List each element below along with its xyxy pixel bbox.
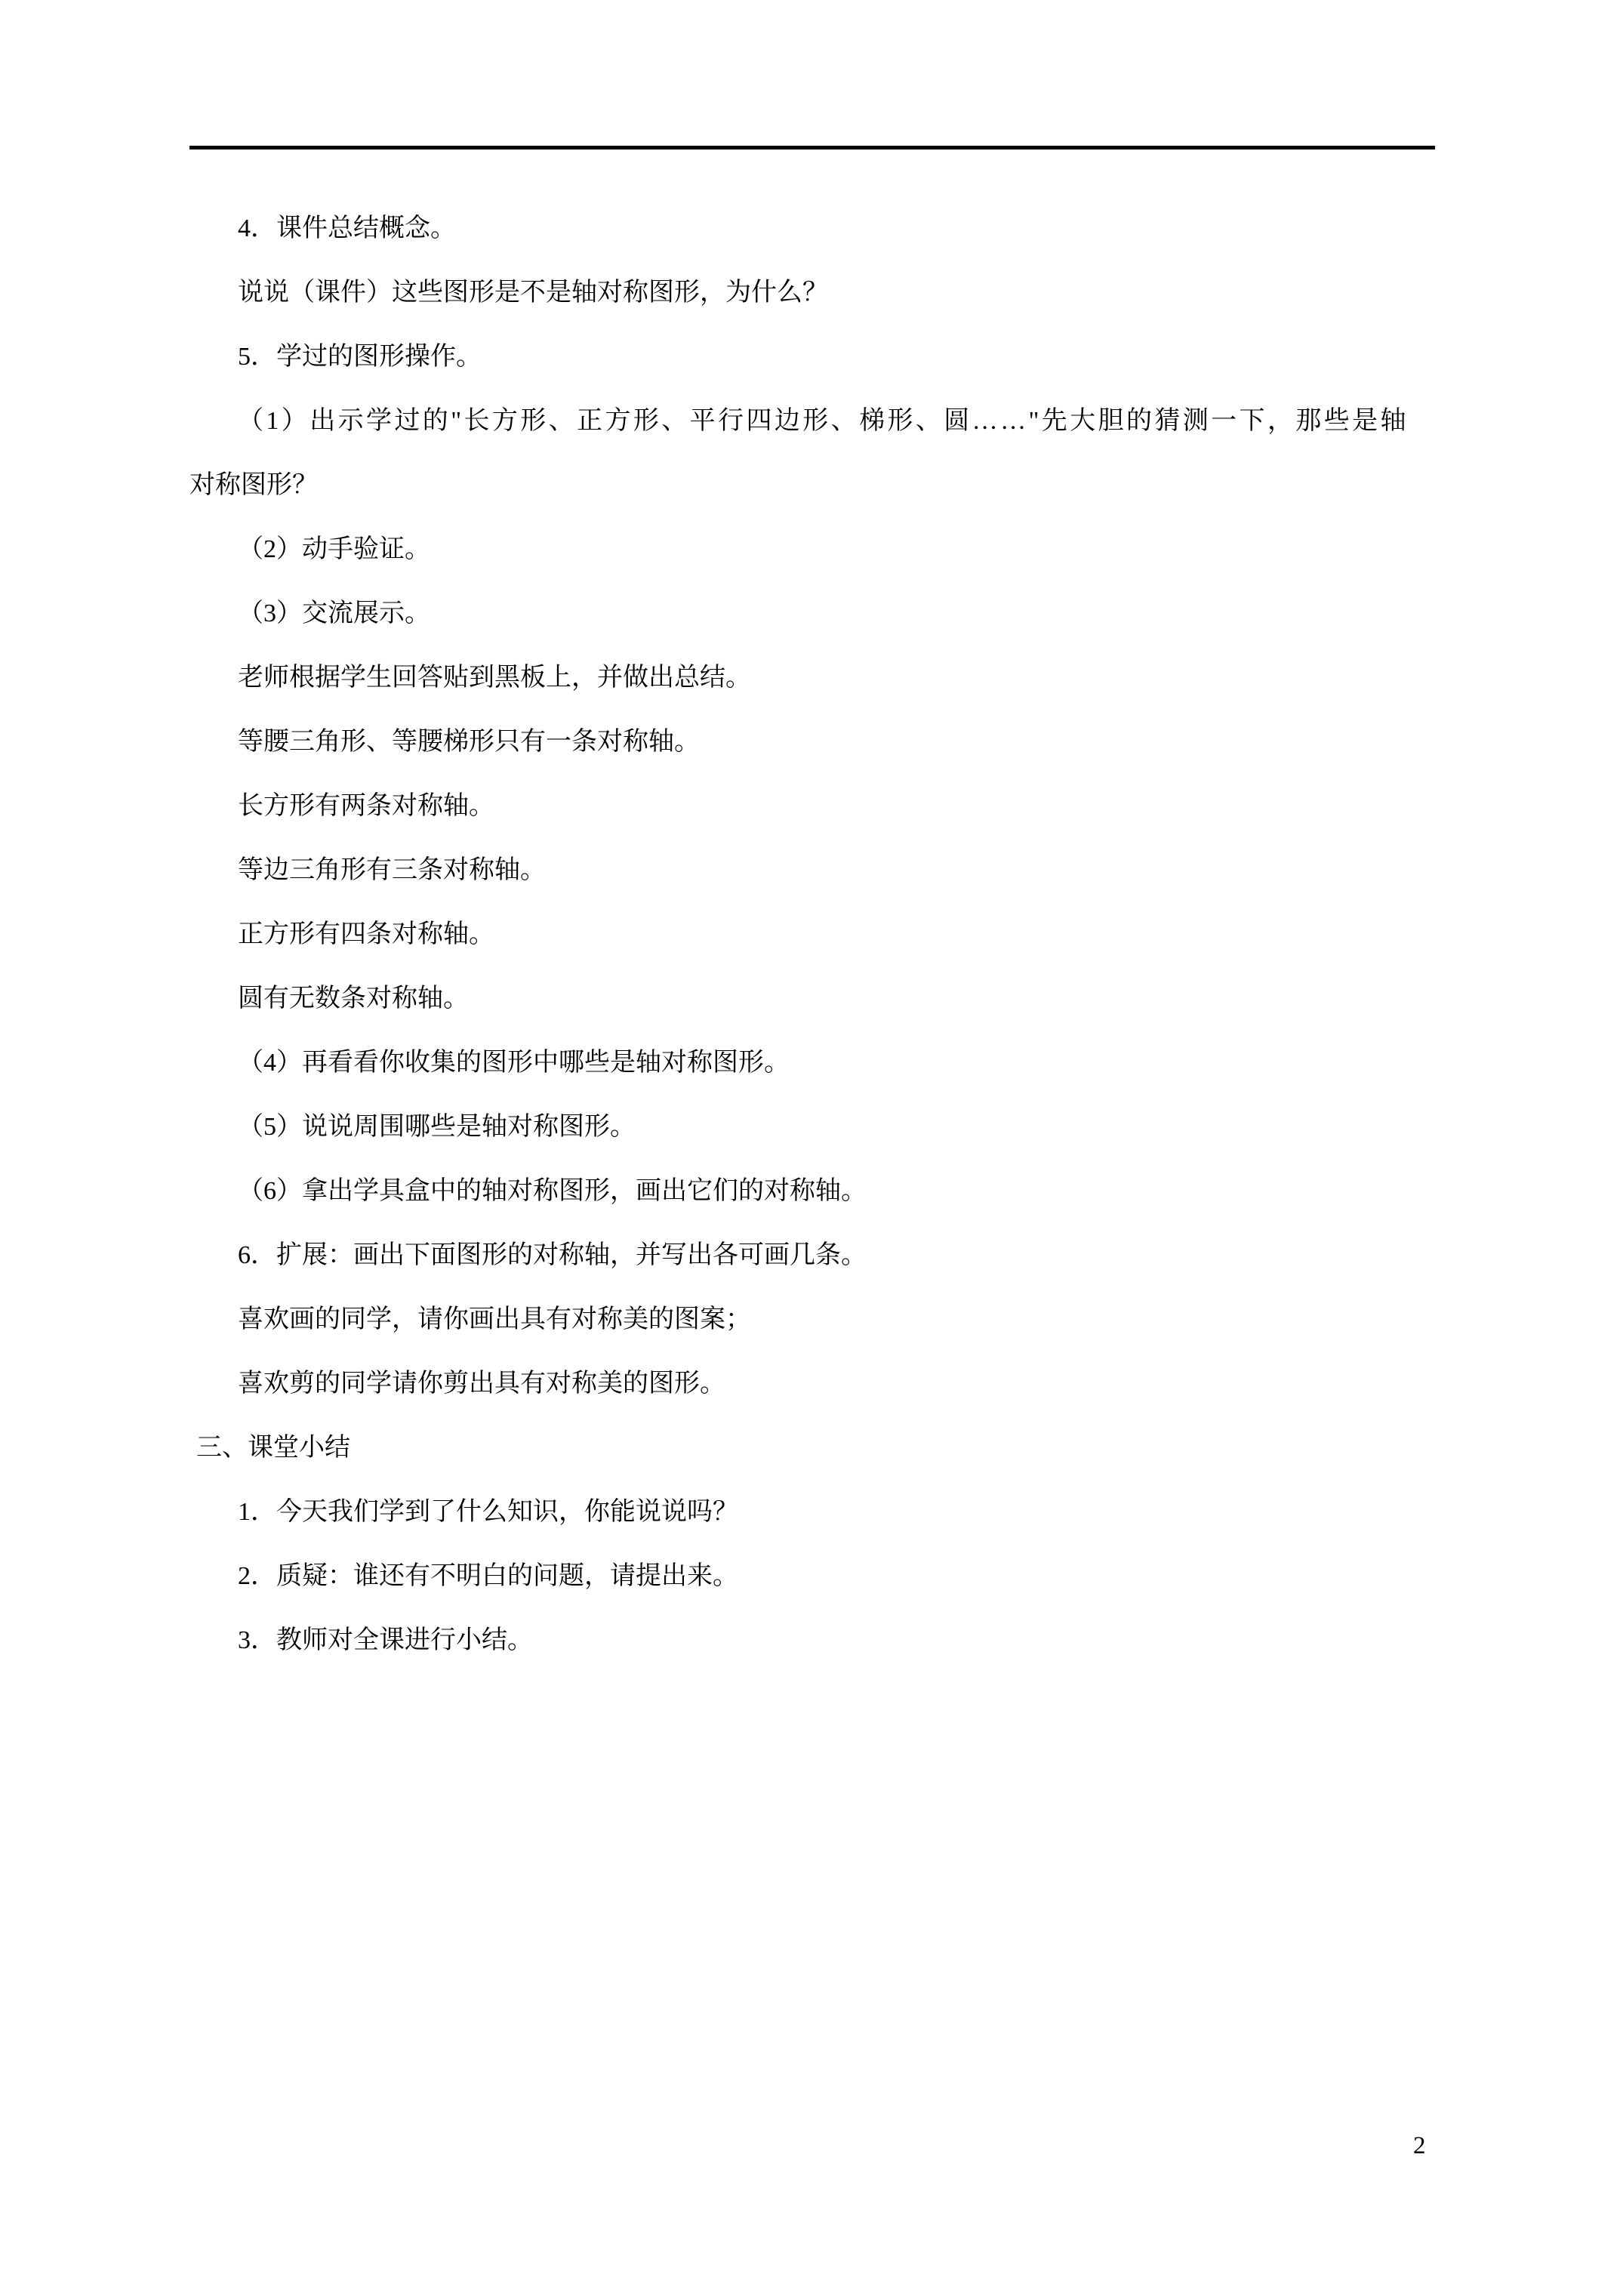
text-line: 喜欢画的同学，请你画出具有对称美的图案； [238,1305,751,1334]
text-line: 2．质疑：谁还有不明白的问题，请提出来。 [238,1562,738,1591]
text-line: 老师根据学生回答贴到黑板上，并做出总结。 [238,664,751,692]
page-number: 2 [1413,2132,1426,2159]
text-line: 等边三角形有三条对称轴。 [238,856,546,885]
text-line: （5）说说周围哪些是轴对称图形。 [238,1113,636,1142]
text-line: 等腰三角形、等腰梯形只有一条对称轴。 [238,728,700,757]
text-line: 长方形有两条对称轴。 [238,792,494,821]
text-line: （3）交流展示。 [238,599,430,628]
text-line: 三、课堂小结 [196,1434,350,1462]
text-line: 圆有无数条对称轴。 [238,985,469,1013]
text-line: （2）动手验证。 [238,535,430,564]
text-line: 6．扩展：画出下面图形的对称轴，并写出各可画几条。 [238,1241,867,1270]
text-line: （6）拿出学具盒中的轴对称图形，画出它们的对称轴。 [238,1177,867,1206]
text-line: 喜欢剪的同学请你剪出具有对称美的图形。 [238,1370,725,1398]
text-line: 说说（课件）这些图形是不是轴对称图形，为什么？ [238,279,828,307]
text-line: （1）出示学过的"长方形、正方形、平行四边形、梯形、圆……"先大胆的猜测一下，那… [238,407,1409,436]
document-page: 4．课件总结概念。说说（课件）这些图形是不是轴对称图形，为什么？5．学过的图形操… [0,0,1623,2296]
text-line: 正方形有四条对称轴。 [238,920,494,949]
document-body: 4．课件总结概念。说说（课件）这些图形是不是轴对称图形，为什么？5．学过的图形操… [0,0,1623,2296]
text-line: 4．课件总结概念。 [238,214,456,243]
text-line: 1．今天我们学到了什么知识，你能说说吗？ [238,1498,738,1527]
text-line: 5．学过的图形操作。 [238,343,482,371]
text-line: （4）再看看你收集的图形中哪些是轴对称图形。 [238,1049,790,1077]
text-line: 对称图形？ [189,471,318,500]
text-line: 3．教师对全课进行小结。 [238,1626,533,1655]
